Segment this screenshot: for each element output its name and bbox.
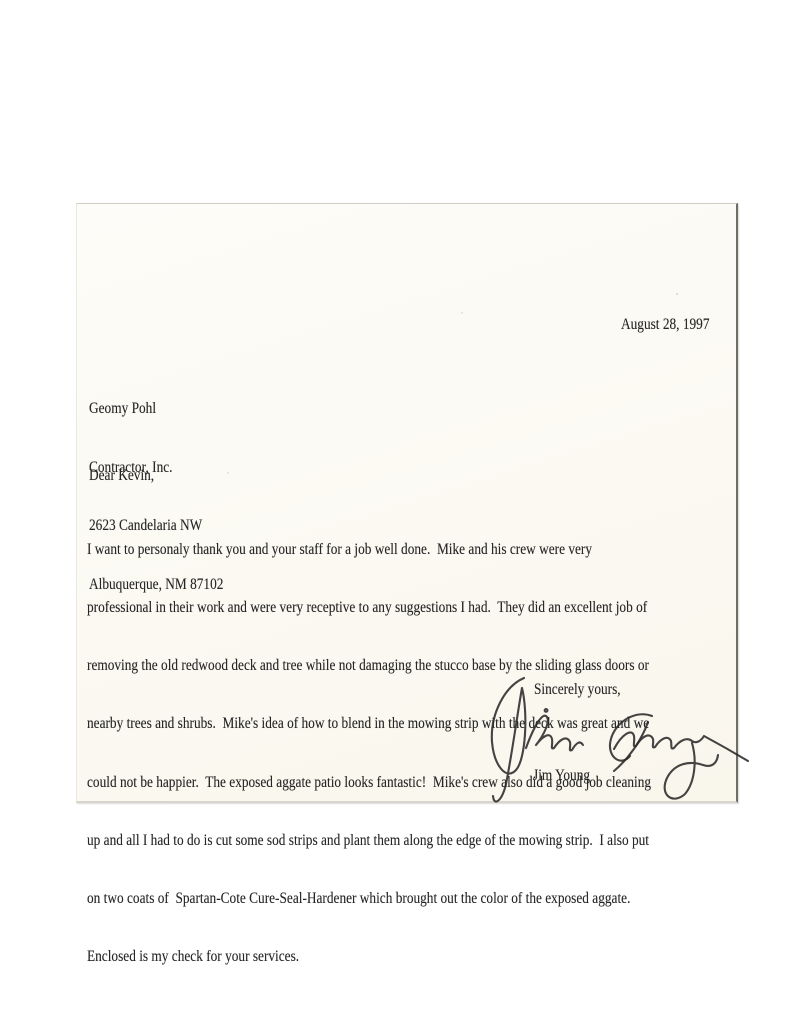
scanned-letter-screenshot: August 28, 1997 Geomy Pohl Contractor, I… bbox=[0, 0, 800, 1035]
body-line: professional in their work and were very… bbox=[87, 598, 651, 617]
paper-speck bbox=[227, 472, 229, 474]
letter-page: August 28, 1997 Geomy Pohl Contractor, I… bbox=[76, 203, 738, 803]
address-line-name: Geomy Pohl bbox=[89, 399, 223, 419]
paper-speck bbox=[676, 293, 678, 295]
handwritten-signature-icon bbox=[484, 664, 754, 814]
salutation: Dear Kevin, bbox=[89, 467, 154, 485]
body-line: Enclosed is my check for your services. bbox=[87, 947, 651, 966]
letter-date: August 28, 1997 bbox=[621, 316, 710, 334]
body-line: up and all I had to do is cut some sod s… bbox=[87, 831, 651, 850]
body-line: I want to personaly thank you and your s… bbox=[87, 540, 651, 559]
body-line: on two coats of Spartan-Cote Cure-Seal-H… bbox=[87, 889, 651, 908]
paper-speck bbox=[461, 312, 463, 314]
typed-signature-name: Jim Young bbox=[533, 767, 590, 785]
